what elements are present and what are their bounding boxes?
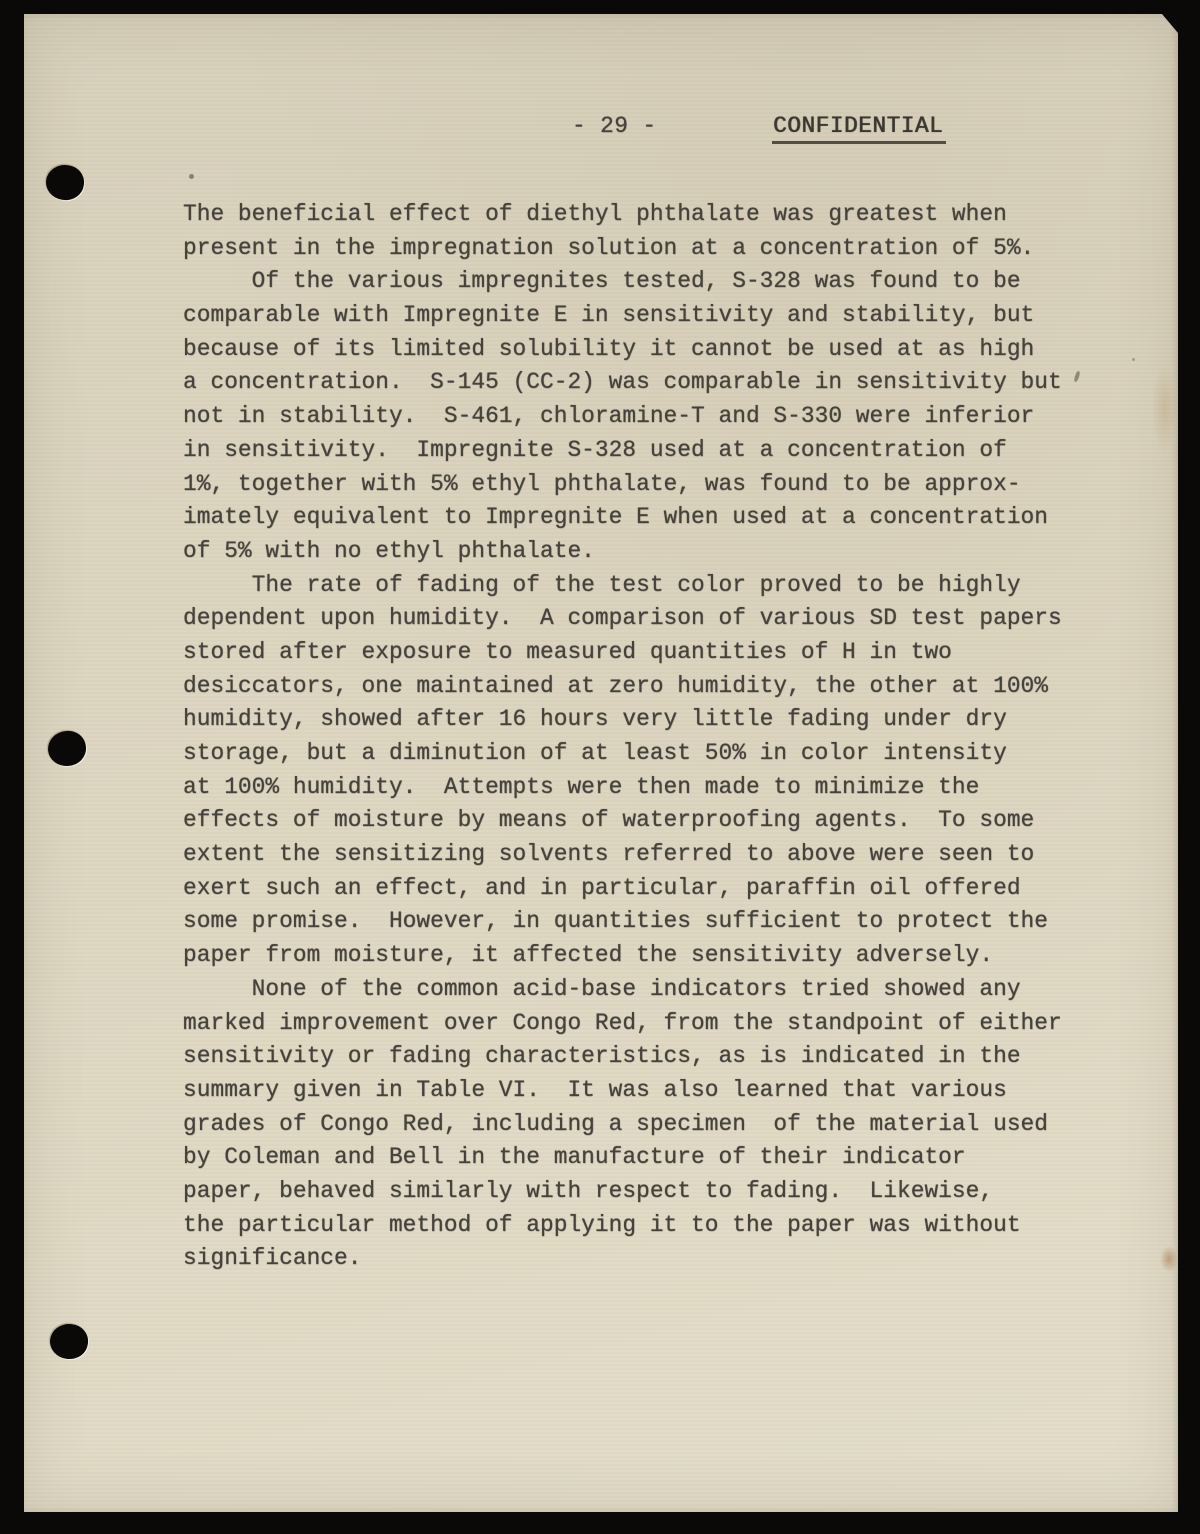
text-line: by Coleman and Bell in the manufacture o… <box>183 1141 1083 1175</box>
stray-ink-speck <box>1132 358 1135 361</box>
scan-background: - 29 - CONFIDENTIAL The beneficial effec… <box>0 0 1200 1534</box>
text-line: imately equivalent to Impregnite E when … <box>183 501 1083 535</box>
text-line: the particular method of applying it to … <box>183 1209 1083 1243</box>
paper-stain <box>1160 1246 1178 1272</box>
text-line: paper, behaved similarly with respect to… <box>183 1175 1083 1209</box>
text-line: None of the common acid-base indicators … <box>183 973 1083 1007</box>
text-line: desiccators, one maintained at zero humi… <box>183 670 1083 704</box>
text-line: comparable with Impregnite E in sensitiv… <box>183 299 1083 333</box>
punch-hole-top <box>44 163 87 203</box>
page-header: - 29 - CONFIDENTIAL <box>24 113 1178 147</box>
text-line: humidity, showed after 16 hours very lit… <box>183 703 1083 737</box>
text-line: paper from moisture, it affected the sen… <box>183 939 1083 973</box>
text-line: summary given in Table VI. It was also l… <box>183 1074 1083 1108</box>
text-line: stored after exposure to measured quanti… <box>183 636 1083 670</box>
text-line: marked improvement over Congo Red, from … <box>183 1007 1083 1041</box>
text-line: grades of Congo Red, including a specime… <box>183 1108 1083 1142</box>
text-line: present in the impregnation solution at … <box>183 232 1083 266</box>
text-line: of 5% with no ethyl phthalate. <box>183 535 1083 569</box>
stray-ink-speck <box>189 174 194 179</box>
classification-stamp: CONFIDENTIAL <box>772 113 946 144</box>
text-line: not in stability. S-461, chloramine-T an… <box>183 400 1083 434</box>
page-number: - 29 - <box>572 113 656 139</box>
text-line: effects of moisture by means of waterpro… <box>183 804 1083 838</box>
text-line: The beneficial effect of diethyl phthala… <box>183 198 1083 232</box>
text-line: significance. <box>183 1242 1083 1276</box>
paper-stain <box>1152 364 1178 454</box>
text-line: storage, but a diminution of at least 50… <box>183 737 1083 771</box>
text-line: dependent upon humidity. A comparison of… <box>183 602 1083 636</box>
text-line: extent the sensitizing solvents referred… <box>183 838 1083 872</box>
text-line: Of the various impregnites tested, S-328… <box>183 265 1083 299</box>
text-line: because of its limited solubility it can… <box>183 333 1083 367</box>
text-line: sensitivity or fading characteristics, a… <box>183 1040 1083 1074</box>
text-line: exert such an effect, and in particular,… <box>183 872 1083 906</box>
document-page: - 29 - CONFIDENTIAL The beneficial effec… <box>24 14 1178 1512</box>
text-line: in sensitivity. Impregnite S-328 used at… <box>183 434 1083 468</box>
punch-hole-middle <box>47 730 87 768</box>
text-line: 1%, together with 5% ethyl phthalate, wa… <box>183 468 1083 502</box>
text-line: at 100% humidity. Attempts were then mad… <box>183 771 1083 805</box>
punch-hole-bottom <box>48 1322 89 1361</box>
text-line: some promise. However, in quantities suf… <box>183 905 1083 939</box>
text-line: The rate of fading of the test color pro… <box>183 569 1083 603</box>
body-text: The beneficial effect of diethyl phthala… <box>183 198 1083 1276</box>
text-line: a concentration. S-145 (CC-2) was compar… <box>183 366 1083 400</box>
